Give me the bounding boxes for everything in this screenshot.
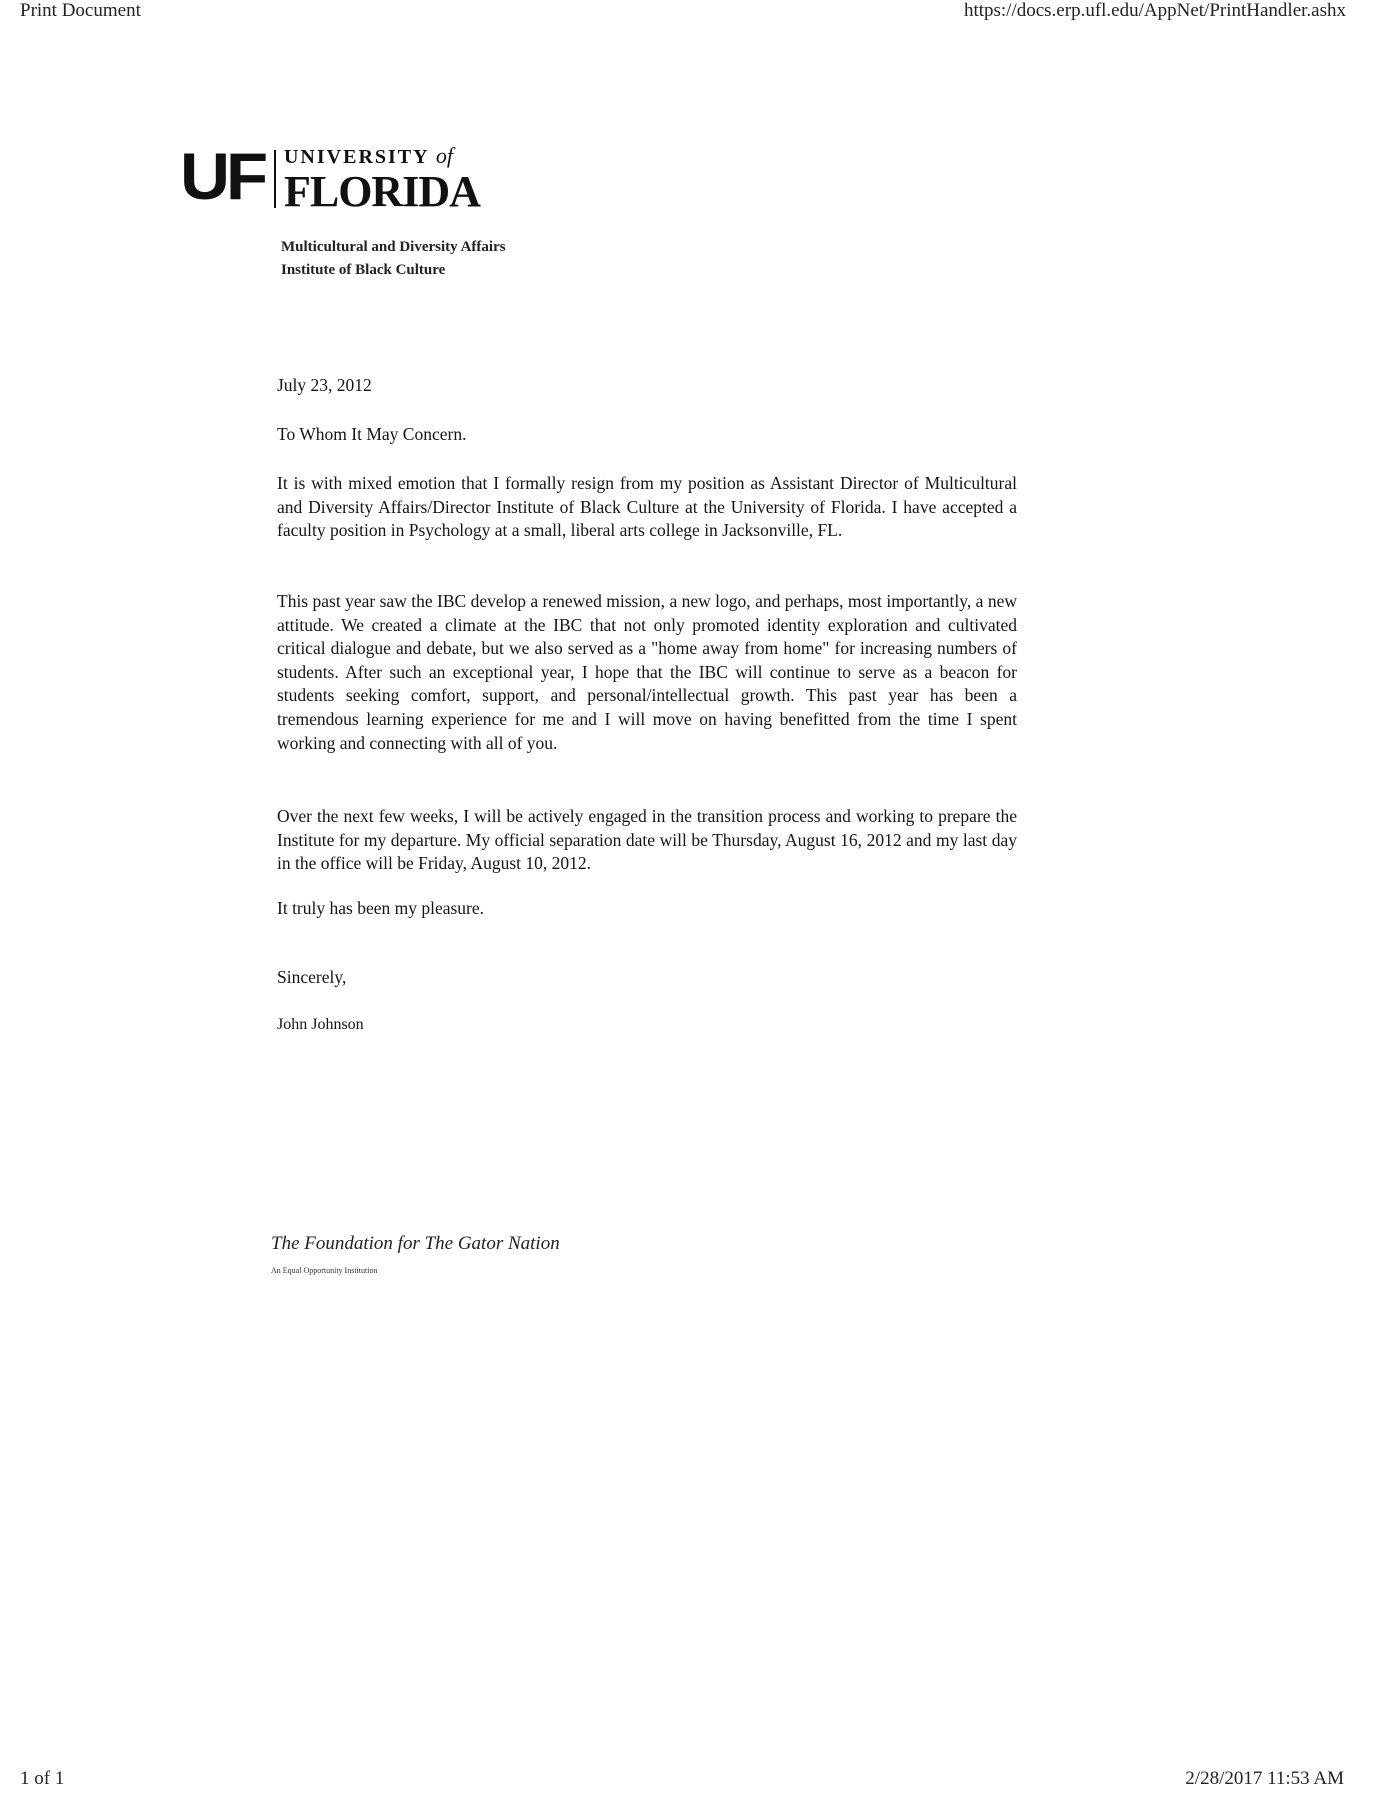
equal-opportunity-statement: An Equal Opportunity Institution: [271, 1266, 377, 1275]
paragraph-text: Over the next few weeks, I will be activ…: [277, 805, 1017, 876]
logo-of-text: of: [436, 143, 453, 168]
logo-university-text: UNIVERSITY: [284, 146, 429, 168]
letterhead-tagline: The Foundation for The Gator Nation: [271, 1233, 560, 1255]
letter-signoff: Sincerely,: [277, 966, 1017, 990]
page-count: 1 of 1: [20, 1768, 64, 1790]
print-header-title: Print Document: [20, 0, 141, 22]
uf-logo-mark: UF: [180, 146, 264, 212]
letter-paragraph-2: This past year saw the IBC develop a ren…: [277, 590, 1017, 755]
letter-salutation: To Whom It May Concern.: [277, 423, 1017, 447]
logo-divider: [274, 150, 276, 208]
letter-date: July 23, 2012: [277, 374, 1017, 398]
print-timestamp: 2/28/2017 11:53 AM: [1185, 1768, 1344, 1790]
logo-florida: FLORIDA: [284, 172, 480, 212]
paragraph-text: It is with mixed emotion that I formally…: [277, 472, 1017, 543]
letter-closing-line: It truly has been my pleasure.: [277, 897, 1017, 921]
logo-university: UNIVERSITY of: [284, 146, 480, 167]
logo-wordmark: UNIVERSITY of FLORIDA: [284, 146, 480, 212]
letter-signature: John Johnson: [277, 1013, 1017, 1037]
print-header-url: https://docs.erp.ufl.edu/AppNet/PrintHan…: [964, 0, 1346, 22]
paragraph-text: This past year saw the IBC develop a ren…: [277, 590, 1017, 755]
letter-paragraph-3: Over the next few weeks, I will be activ…: [277, 805, 1017, 876]
institute-name: Institute of Black Culture: [281, 259, 506, 282]
letter-paragraph-1: It is with mixed emotion that I formally…: [277, 472, 1017, 543]
department-name: Multicultural and Diversity Affairs: [281, 236, 506, 259]
uf-logo: UF UNIVERSITY of FLORIDA: [180, 146, 480, 212]
department-block: Multicultural and Diversity Affairs Inst…: [281, 236, 506, 282]
